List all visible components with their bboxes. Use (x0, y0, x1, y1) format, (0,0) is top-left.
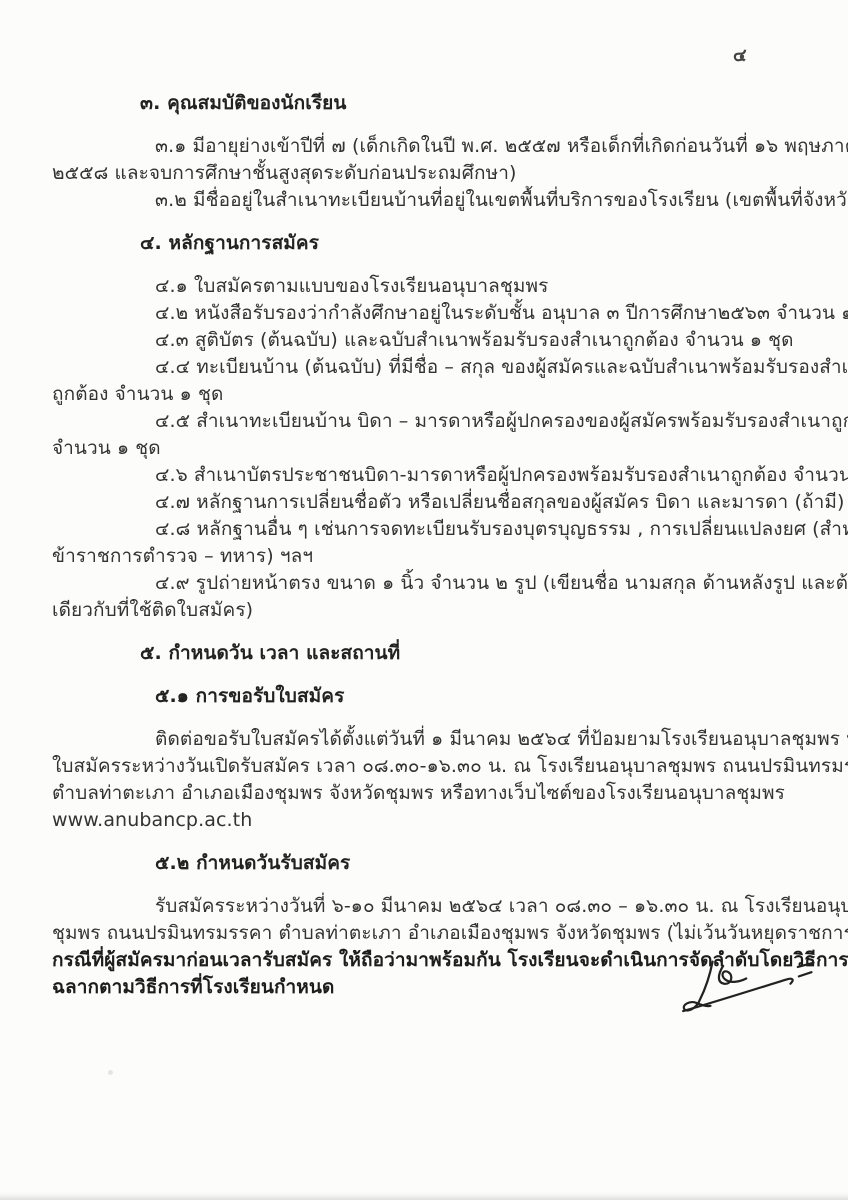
section-5-1-para-line-1: ติดต่อขอรับใบสมัครได้ตั้งแต่วันที่ ๑ มีน… (155, 726, 804, 753)
page-number: ๔ (733, 40, 747, 69)
section-5-1-heading: ๕.๑ การขอรับใบสมัคร (155, 683, 804, 710)
item-4-4-line-1: ๔.๔ ทะเบียนบ้าน (ต้นฉบับ) ที่มีชื่อ – สก… (155, 354, 804, 381)
document-page: ๔ ๓. คุณสมบัติของนักเรียน ๓.๑ มีอายุย่าง… (0, 0, 848, 1200)
section-5-1-para-line-2: ใบสมัครระหว่างวันเปิดรับสมัคร เวลา ๐๘.๓๐… (52, 753, 804, 780)
item-4-3: ๔.๓ สูติบัตร (ต้นฉบับ) และฉบับสำเนาพร้อม… (155, 327, 804, 354)
item-3-1-line-2: ๒๕๕๘ และจบการศึกษาชั้นสูงสุดระดับก่อนประ… (52, 160, 804, 187)
signature-scribble (680, 958, 822, 1020)
section-4-heading: ๔. หลักฐานการสมัคร (140, 230, 804, 257)
section-5-1-para-line-3: ตำบลท่าตะเภา อำเภอเมืองชุมพร จังหวัดชุมพ… (52, 780, 804, 807)
signature-stroke-dash-1 (798, 963, 814, 967)
section-5-heading: ๕. กำหนดวัน เวลา และสถานที่ (140, 640, 804, 667)
item-4-5-line-1: ๔.๕ สำเนาทะเบียนบ้าน บิดา – มารดาหรือผู้… (155, 408, 804, 435)
item-4-9-line-1: ๔.๙ รูปถ่ายหน้าตรง ขนาด ๑ นิ้ว จำนวน ๒ ร… (155, 570, 804, 597)
item-3-2: ๓.๒ มีชื่ออยู่ในสำเนาทะเบียนบ้านที่อยู่ใ… (155, 187, 804, 214)
section-3-heading: ๓. คุณสมบัติของนักเรียน (140, 90, 804, 117)
section-5-2-heading: ๕.๒ กำหนดวันรับสมัคร (155, 850, 804, 877)
item-4-8-line-1: ๔.๘ หลักฐานอื่น ๆ เช่นการจดทะเบียนรับรอง… (155, 516, 804, 543)
section-5-2-para-line-2: ชุมพร ถนนปรมินทรมรรคา ตำบลท่าตะเภา อำเภอ… (52, 920, 804, 947)
item-4-7: ๔.๗ หลักฐานการเปลี่ยนชื่อตัว หรือเปลี่ยน… (155, 489, 804, 516)
scan-artifact-speck (108, 1070, 113, 1075)
item-4-4-line-2: ถูกต้อง จำนวน ๑ ชุด (52, 381, 804, 408)
item-4-8-line-2: ข้าราชการตำรวจ – ทหาร) ฯลฯ (52, 543, 804, 570)
website-url: www.anubancp.ac.th (52, 807, 804, 834)
item-3-1-line-1: ๓.๑ มีอายุย่างเข้าปีที่ ๗ (เด็กเกิดในปี … (155, 133, 804, 160)
signature-stroke-dash-2 (799, 972, 812, 976)
item-4-9-line-2: เดียวกับที่ใช้ติดใบสมัคร) (52, 597, 804, 624)
signature-stroke-diagonal (683, 979, 792, 1011)
item-4-2: ๔.๒ หนังสือรับรองว่ากำลังศึกษาอยู่ในระดั… (155, 300, 804, 327)
item-4-5-line-2: จำนวน ๑ ชุด (52, 435, 804, 462)
scan-artifact-bottom-edge (0, 1191, 848, 1200)
item-4-6: ๔.๖ สำเนาบัตรประชาชนบิดา-มารดาหรือผู้ปกค… (155, 462, 804, 489)
section-5-2-para-line-1: รับสมัครระหว่างวันที่ ๖-๑๐ มีนาคม ๒๕๖๔ เ… (155, 893, 804, 920)
signature-stroke-loop (719, 966, 746, 984)
item-4-1: ๔.๑ ใบสมัครตามแบบของโรงเรียนอนุบาลชุมพร (155, 273, 804, 300)
